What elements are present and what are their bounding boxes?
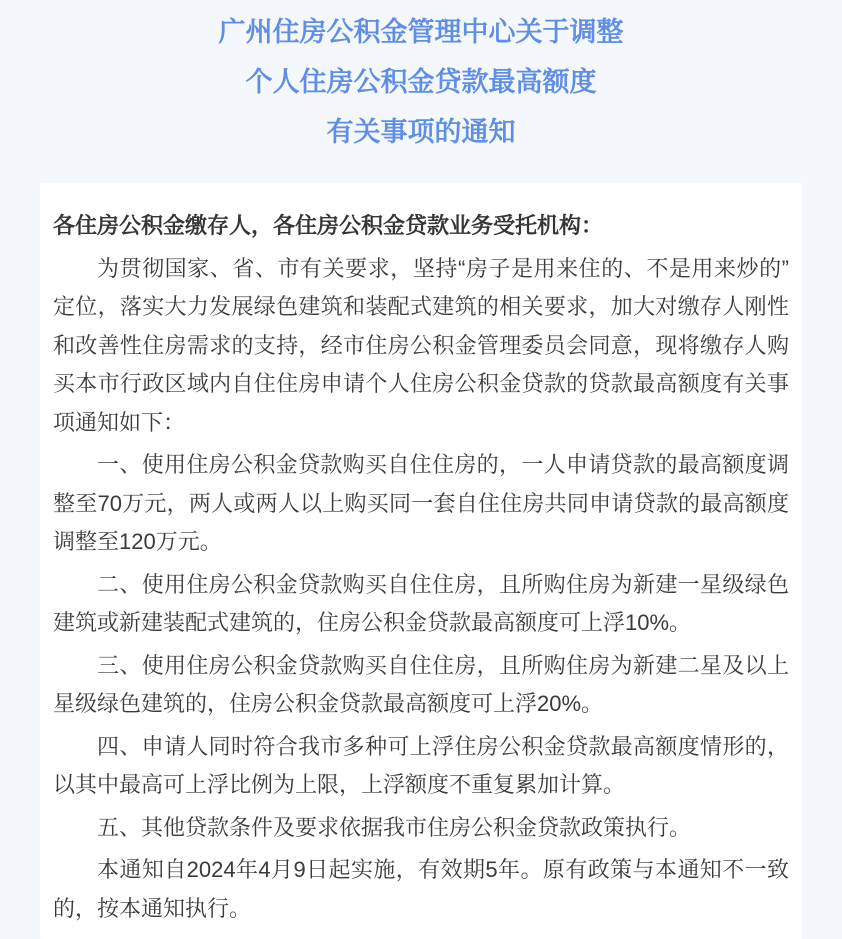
notice-title-line-2: 个人住房公积金贷款最高额度: [0, 57, 842, 107]
paragraph-item-5: 五、其他贷款条件及要求依据我市住房公积金贷款政策执行。: [53, 809, 789, 848]
paragraph-item-1: 一、使用住房公积金贷款购买自住住房的，一人申请贷款的最高额度调整至70万元，两人…: [53, 446, 789, 562]
notice-page: 广州住房公积金管理中心关于调整 个人住房公积金贷款最高额度 有关事项的通知 各住…: [0, 0, 842, 157]
notice-title-line-1: 广州住房公积金管理中心关于调整: [0, 7, 842, 57]
paragraph-effective-date: 本通知自2024年4月9日起实施，有效期5年。原有政策与本通知不一致的，按本通知…: [53, 851, 789, 928]
paragraph-item-2: 二、使用住房公积金贷款购买自住住房，且所购住房为新建一星级绿色建筑或新建装配式建…: [53, 566, 789, 643]
paragraph-item-4: 四、申请人同时符合我市多种可上浮住房公积金贷款最高额度情形的，以其中最高可上浮比…: [53, 728, 789, 805]
notice-title-block: 广州住房公积金管理中心关于调整 个人住房公积金贷款最高额度 有关事项的通知: [0, 0, 842, 157]
salutation-line: 各住房公积金缴存人，各住房公积金贷款业务受托机构：: [53, 207, 789, 246]
notice-title-line-3: 有关事项的通知: [0, 107, 842, 157]
paragraph-item-3: 三、使用住房公积金贷款购买自住住房，且所购住房为新建二星及以上星级绿色建筑的，住…: [53, 647, 789, 724]
paragraph-intro: 为贯彻国家、省、市有关要求，坚持“房子是用来住的、不是用来炒的”定位，落实大力发…: [53, 250, 789, 443]
notice-content-card: 各住房公积金缴存人，各住房公积金贷款业务受托机构： 为贯彻国家、省、市有关要求，…: [40, 183, 802, 939]
